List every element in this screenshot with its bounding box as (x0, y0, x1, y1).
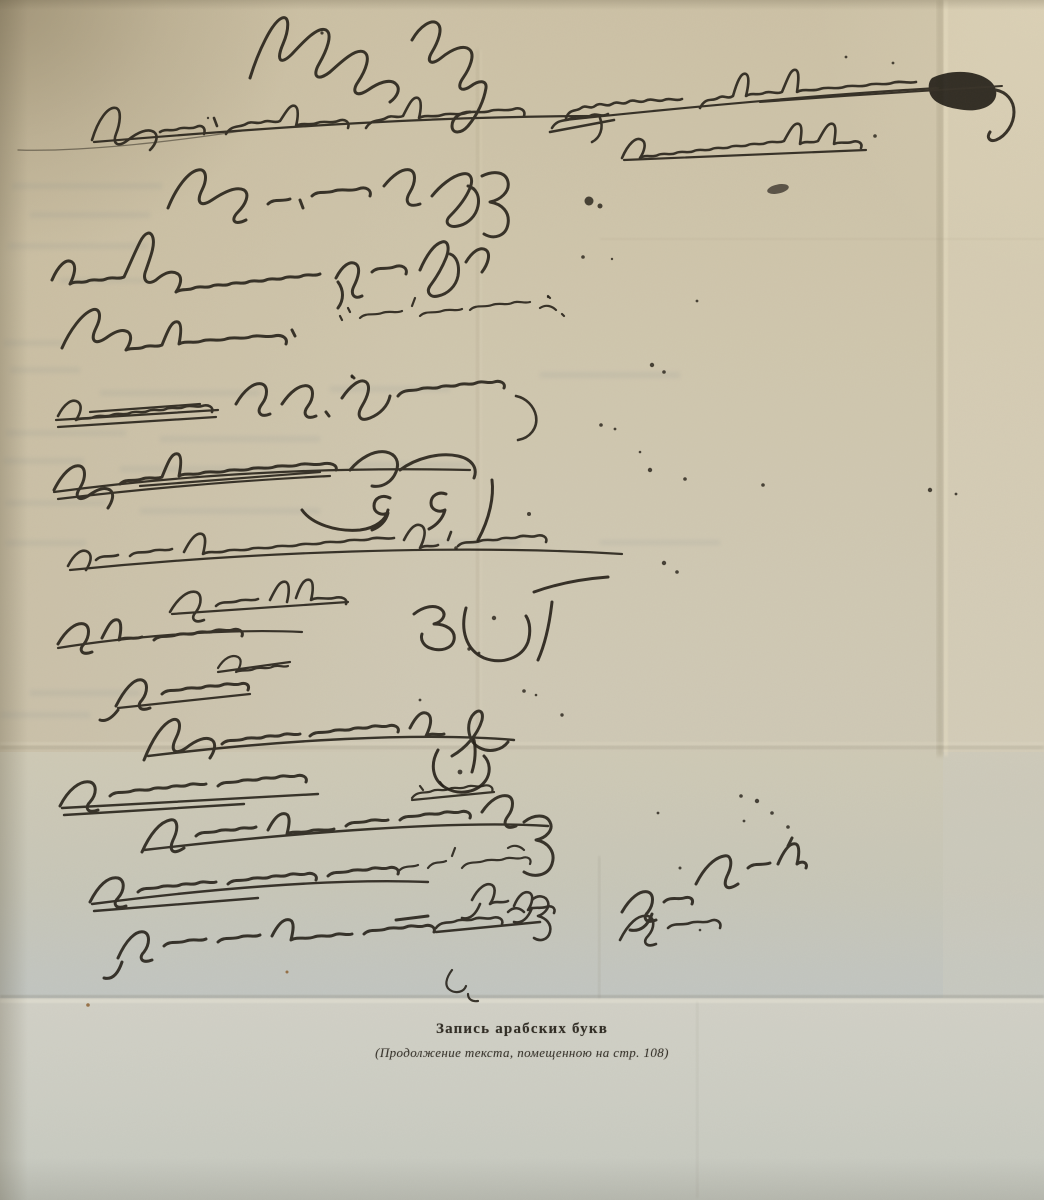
caption-title: Запись арабских букв (0, 1021, 1044, 1038)
caption-subtitle: (Продолжение текста, помещенною на стр. … (0, 1045, 1044, 1061)
caption: Запись арабских букв (Продолжение текста… (0, 1021, 1044, 1061)
paper-grain-texture (0, 0, 1044, 1200)
manuscript-page: Запись арабских букв (Продолжение текста… (0, 0, 1044, 1200)
manuscript-scan (0, 0, 1044, 1200)
